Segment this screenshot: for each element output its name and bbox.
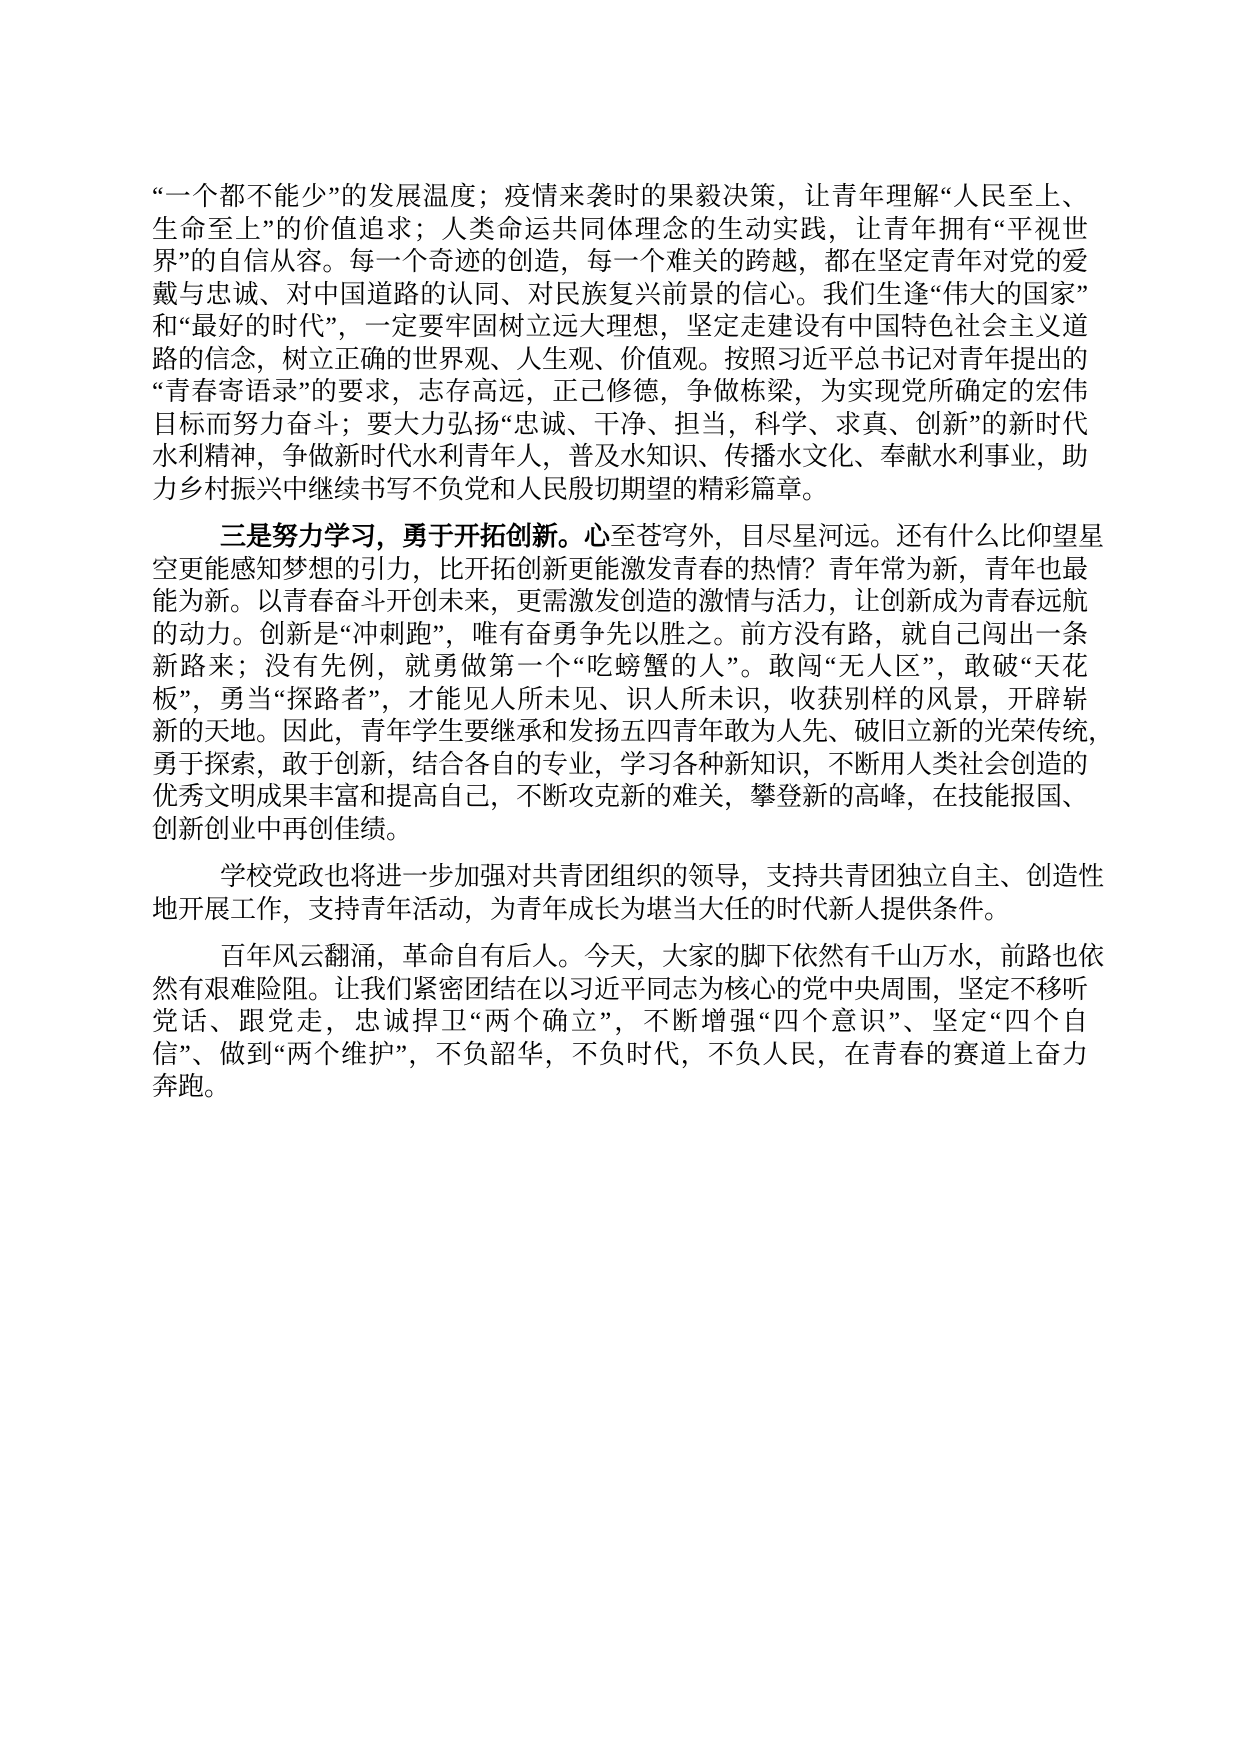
text-line: 百年风云翻涌，革命自有后人。今天，大家的脚下依然有千山万水，前路也依 <box>152 941 1088 974</box>
text-line: 空更能感知梦想的引力，比开拓创新更能激发青春的热情？青年常为新，青年也最 <box>152 554 1088 587</box>
document-page: “一个都不能少”的发展温度；疫情来袭时的果毅决策，让青年理解“人民至上、生命至上… <box>0 0 1240 1754</box>
text-line: 水利精神，争做新时代水利青年人，普及水知识、传播水文化、奉献水利事业，助 <box>152 441 1088 474</box>
text-line: 地开展工作，支持青年活动，为青年成长为堪当大任的时代新人提供条件。 <box>152 894 1088 927</box>
text-run: 和“最好的时代”，一定要牢固树立远大理想，坚定走建设有中国特色社会主义道 <box>152 312 1088 341</box>
text-run: 新的天地。因此，青年学生要继承和发扬五四青年敢为人先、破旧立新的光荣传统， <box>152 717 1114 746</box>
text-line: 然有艰难险阻。让我们紧密团结在以习近平同志为核心的党中央周围，坚定不移听 <box>152 974 1088 1007</box>
text-run: 奔跑。 <box>152 1072 230 1101</box>
text-line: “青春寄语录”的要求，志存高远，正己修德，争做栋梁，为实现党所确定的宏伟 <box>152 376 1088 409</box>
text-run: “青春寄语录”的要求，志存高远，正己修德，争做栋梁，为实现党所确定的宏伟 <box>152 377 1088 406</box>
text-run: 地开展工作，支持青年活动，为青年成长为堪当大任的时代新人提供条件。 <box>152 895 1010 924</box>
text-line: 戴与忠诚、对中国道路的认同、对民族复兴前景的信心。我们生逢“伟大的国家” <box>152 279 1088 312</box>
text-line: 奔跑。 <box>152 1071 1088 1104</box>
text-run: “一个都不能少”的发展温度；疫情来袭时的果毅决策，让青年理解“人民至上、 <box>152 182 1088 211</box>
text-run: 创新创业中再创佳绩。 <box>152 815 412 844</box>
text-line: 创新创业中再创佳绩。 <box>152 814 1088 847</box>
text-line: 界”的自信从容。每一个奇迹的创造，每一个难关的跨越，都在坚定青年对党的爱 <box>152 246 1088 279</box>
text-run: 界”的自信从容。每一个奇迹的创造，每一个难关的跨越，都在坚定青年对党的爱 <box>152 247 1088 276</box>
text-line: “一个都不能少”的发展温度；疫情来袭时的果毅决策，让青年理解“人民至上、 <box>152 181 1088 214</box>
text-run: 新路来；没有先例，就勇做第一个“吃螃蟹的人”。敢闯“无人区”，敢破“天花 <box>152 652 1088 681</box>
text-line: 和“最好的时代”，一定要牢固树立远大理想，坚定走建设有中国特色社会主义道 <box>152 311 1088 344</box>
paragraph: “一个都不能少”的发展温度；疫情来袭时的果毅决策，让青年理解“人民至上、生命至上… <box>152 181 1088 506</box>
text-line: 党话、跟党走，忠诚捍卫“两个确立”，不断增强“四个意识”、坚定“四个自 <box>152 1006 1088 1039</box>
text-run: 然有艰难险阻。让我们紧密团结在以习近平同志为核心的党中央周围，坚定不移听 <box>152 975 1088 1004</box>
text-run: 至苍穹外，目尽星河远。还有什么比仰望星 <box>610 522 1104 551</box>
paragraph: 百年风云翻涌，革命自有后人。今天，大家的脚下依然有千山万水，前路也依然有艰难险阻… <box>152 941 1088 1104</box>
text-run: 勇于探索，敢于创新，结合各自的专业，学习各种新知识，不断用人类社会创造的 <box>152 750 1088 779</box>
text-line: 生命至上”的价值追求；人类命运共同体理念的生动实践，让青年拥有“平视世 <box>152 214 1088 247</box>
text-run: 学校党政也将进一步加强对共青团组织的领导，支持共青团独立自主、创造性 <box>220 862 1104 891</box>
text-line: 新路来；没有先例，就勇做第一个“吃螃蟹的人”。敢闯“无人区”，敢破“天花 <box>152 651 1088 684</box>
text-line: 力乡村振兴中继续书写不负党和人民殷切期望的精彩篇章。 <box>152 474 1088 507</box>
paragraph: 三是努力学习，勇于开拓创新。心至苍穹外，目尽星河远。还有什么比仰望星空更能感知梦… <box>152 521 1088 846</box>
text-run: 党话、跟党走，忠诚捍卫“两个确立”，不断增强“四个意识”、坚定“四个自 <box>152 1007 1088 1036</box>
text-line: 能为新。以青春奋斗开创未来，更需激发创造的激情与活力，让创新成为青春远航 <box>152 586 1088 619</box>
bold-text-run: 三是努力学习，勇于开拓创新。心 <box>220 522 610 551</box>
text-line: 目标而努力奋斗；要大力弘扬“忠诚、干净、担当，科学、求真、创新”的新时代 <box>152 409 1088 442</box>
text-run: 力乡村振兴中继续书写不负党和人民殷切期望的精彩篇章。 <box>152 475 828 504</box>
document-text-body: “一个都不能少”的发展温度；疫情来袭时的果毅决策，让青年理解“人民至上、生命至上… <box>152 181 1088 1104</box>
text-run: 优秀文明成果丰富和提高自己，不断攻克新的难关，攀登新的高峰，在技能报国、 <box>152 782 1088 811</box>
text-line: 路的信念，树立正确的世界观、人生观、价值观。按照习近平总书记对青年提出的 <box>152 344 1088 377</box>
text-run: 百年风云翻涌，革命自有后人。今天，大家的脚下依然有千山万水，前路也依 <box>220 942 1104 971</box>
text-run: 路的信念，树立正确的世界观、人生观、价值观。按照习近平总书记对青年提出的 <box>152 345 1088 374</box>
paragraph: 学校党政也将进一步加强对共青团组织的领导，支持共青团独立自主、创造性地开展工作，… <box>152 861 1088 926</box>
text-run: 生命至上”的价值追求；人类命运共同体理念的生动实践，让青年拥有“平视世 <box>152 215 1088 244</box>
text-line: 三是努力学习，勇于开拓创新。心至苍穹外，目尽星河远。还有什么比仰望星 <box>152 521 1088 554</box>
text-run: 水利精神，争做新时代水利青年人，普及水知识、传播水文化、奉献水利事业，助 <box>152 442 1088 471</box>
text-run: 信”、做到“两个维护”，不负韶华，不负时代，不负人民，在青春的赛道上奋力 <box>152 1040 1088 1069</box>
text-line: 的动力。创新是“冲刺跑”，唯有奋勇争先以胜之。前方没有路，就自己闯出一条 <box>152 619 1088 652</box>
text-run: 板”，勇当“探路者”，才能见人所未见、识人所未识，收获别样的风景，开辟崭 <box>152 685 1088 714</box>
text-run: 空更能感知梦想的引力，比开拓创新更能激发青春的热情？青年常为新，青年也最 <box>152 555 1088 584</box>
text-run: 戴与忠诚、对中国道路的认同、对民族复兴前景的信心。我们生逢“伟大的国家” <box>152 280 1088 309</box>
text-line: 新的天地。因此，青年学生要继承和发扬五四青年敢为人先、破旧立新的光荣传统， <box>152 716 1088 749</box>
text-run: 的动力。创新是“冲刺跑”，唯有奋勇争先以胜之。前方没有路，就自己闯出一条 <box>152 620 1088 649</box>
text-run: 目标而努力奋斗；要大力弘扬“忠诚、干净、担当，科学、求真、创新”的新时代 <box>152 410 1088 439</box>
text-line: 学校党政也将进一步加强对共青团组织的领导，支持共青团独立自主、创造性 <box>152 861 1088 894</box>
text-line: 信”、做到“两个维护”，不负韶华，不负时代，不负人民，在青春的赛道上奋力 <box>152 1039 1088 1072</box>
text-line: 优秀文明成果丰富和提高自己，不断攻克新的难关，攀登新的高峰，在技能报国、 <box>152 781 1088 814</box>
text-line: 板”，勇当“探路者”，才能见人所未见、识人所未识，收获别样的风景，开辟崭 <box>152 684 1088 717</box>
text-run: 能为新。以青春奋斗开创未来，更需激发创造的激情与活力，让创新成为青春远航 <box>152 587 1088 616</box>
text-line: 勇于探索，敢于创新，结合各自的专业，学习各种新知识，不断用人类社会创造的 <box>152 749 1088 782</box>
